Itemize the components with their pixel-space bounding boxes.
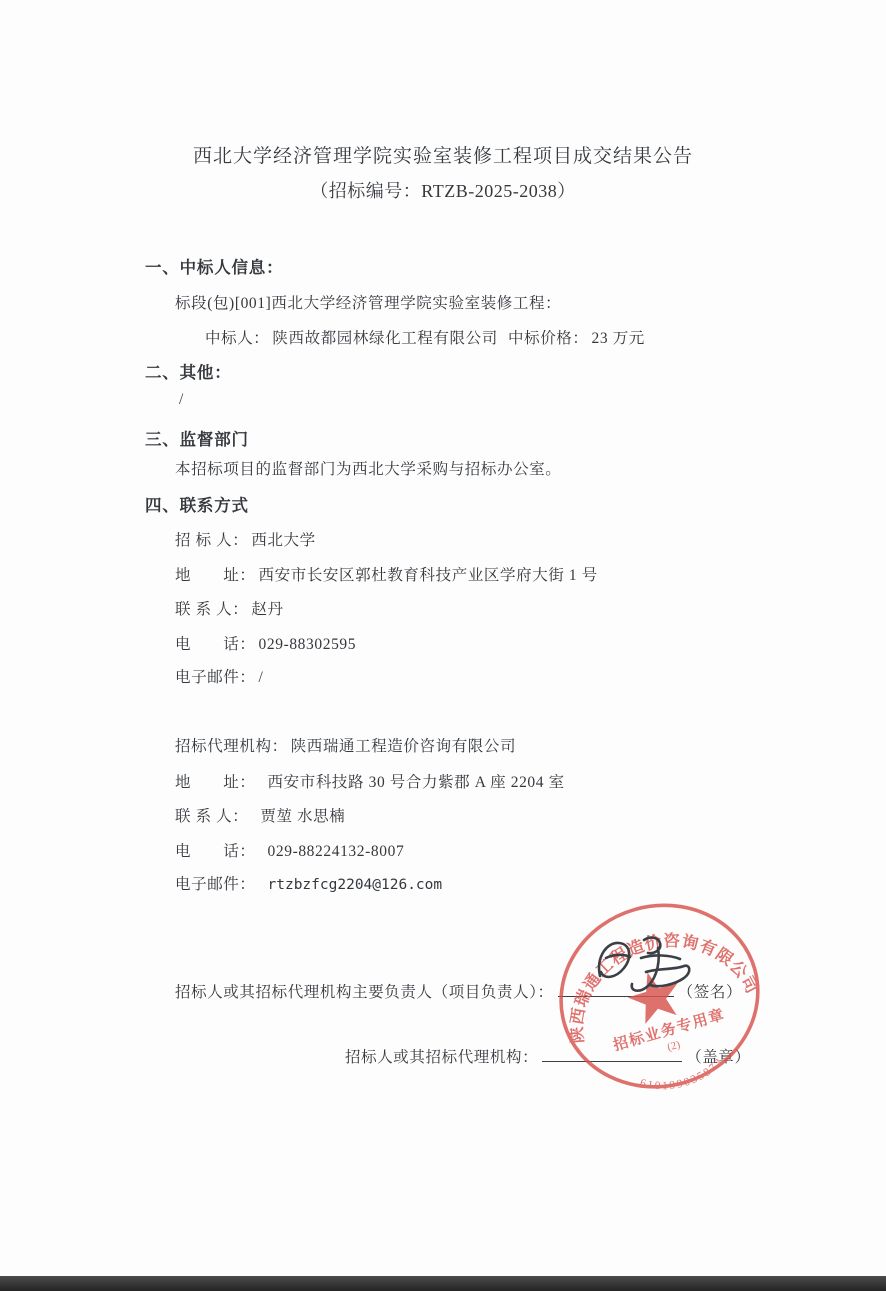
tenderer-phone-label: 电 话： [175,636,256,653]
winner-value: 陕西故都园林绿化工程有限公司 [272,330,497,347]
lot-line: 标段(包)[001]西北大学经济管理学院实验室装修工程： [175,291,561,313]
tenderer-contact-line: 联 系 人：赵丹 [175,597,284,619]
agent-email-value: rtzbzfcg2204@126.com [268,877,443,893]
bottom-scan-band [0,1276,886,1291]
tenderer-phone-line: 电 话：029-88302595 [175,632,356,654]
agent-addr-label: 地 址： [175,774,256,791]
agent-name-value: 陕西瑞通工程造价咨询有限公司 [291,738,516,755]
tenderer-addr-line: 地 址：西安市长安区郭杜教育科技产业区学府大街 1 号 [175,563,598,585]
tenderer-name-line: 招 标 人：西北大学 [175,528,316,550]
doc-subtitle: （招标编号：RTZB-2025-2038） [0,177,886,203]
section-3-body: 本招标项目的监督部门为西北大学采购与招标办公室。 [175,457,561,479]
tenderer-addr-label: 地 址： [175,567,256,584]
tenderer-name-label: 招 标 人： [175,532,248,549]
agent-email-label: 电子邮件： [175,876,256,893]
section-2-heading: 二、其他： [145,359,232,383]
signature-line-2-label: 招标人或其招标代理机构： [345,1049,538,1066]
tenderer-email-value: / [259,669,264,686]
agent-name-label: 招标代理机构： [175,738,288,755]
tenderer-email-line: 电子邮件：/ [175,665,263,687]
agent-contact-label: 联 系 人： [175,808,248,825]
agent-contact-line: 联 系 人：贾堃 水思楠 [175,804,345,826]
agent-email-line: 电子邮件：rtzbzfcg2204@126.com [175,872,442,894]
signature-blank [558,978,674,997]
document-page: 西北大学经济管理学院实验室装修工程项目成交结果公告 （招标编号：RTZB-202… [0,0,886,1291]
signature-line-1-suffix: （签名） [678,984,742,1001]
agent-phone-label: 电 话： [175,843,256,860]
agent-addr-line: 地 址：西安市科技路 30 号合力紫郡 A 座 2204 室 [175,770,565,792]
section-3-heading: 三、监督部门 [145,426,249,450]
winner-label: 中标人： [205,330,269,347]
agent-phone-value: 029-88224132-8007 [268,843,405,860]
agent-phone-line: 电 话：029-88224132-8007 [175,839,404,861]
seal-blank [542,1043,682,1062]
tenderer-contact-label: 联 系 人： [175,601,248,618]
tenderer-phone-value: 029-88302595 [259,636,357,653]
agent-name-line: 招标代理机构：陕西瑞通工程造价咨询有限公司 [175,734,516,756]
agent-contact-value: 贾堃 水思楠 [260,808,345,825]
section-2-body: / [179,391,184,409]
tenderer-name-value: 西北大学 [251,532,315,549]
section-4-heading: 四、联系方式 [145,492,249,516]
doc-title: 西北大学经济管理学院实验室装修工程项目成交结果公告 [0,141,886,168]
price-value: 23 万元 [592,330,645,347]
tenderer-email-label: 电子邮件： [175,669,256,686]
tenderer-contact-value: 赵丹 [251,601,283,618]
signature-line-1-label: 招标人或其招标代理机构主要负责人（项目负责人）： [175,984,554,1001]
price-label: 中标价格： [508,330,589,347]
agent-addr-value: 西安市科技路 30 号合力紫郡 A 座 2204 室 [268,774,565,791]
signature-line-2-suffix: （盖章） [686,1049,750,1066]
signature-line-2: 招标人或其招标代理机构：（盖章） [345,1043,751,1067]
winner-line: 中标人：陕西故都园林绿化工程有限公司 [205,326,498,348]
signature-line-1: 招标人或其招标代理机构主要负责人（项目负责人）：（签名） [175,978,742,1002]
tenderer-addr-value: 西安市长安区郭杜教育科技产业区学府大街 1 号 [259,567,598,584]
price-line: 中标价格：23 万元 [508,326,645,348]
section-1-heading: 一、中标人信息： [145,254,283,278]
